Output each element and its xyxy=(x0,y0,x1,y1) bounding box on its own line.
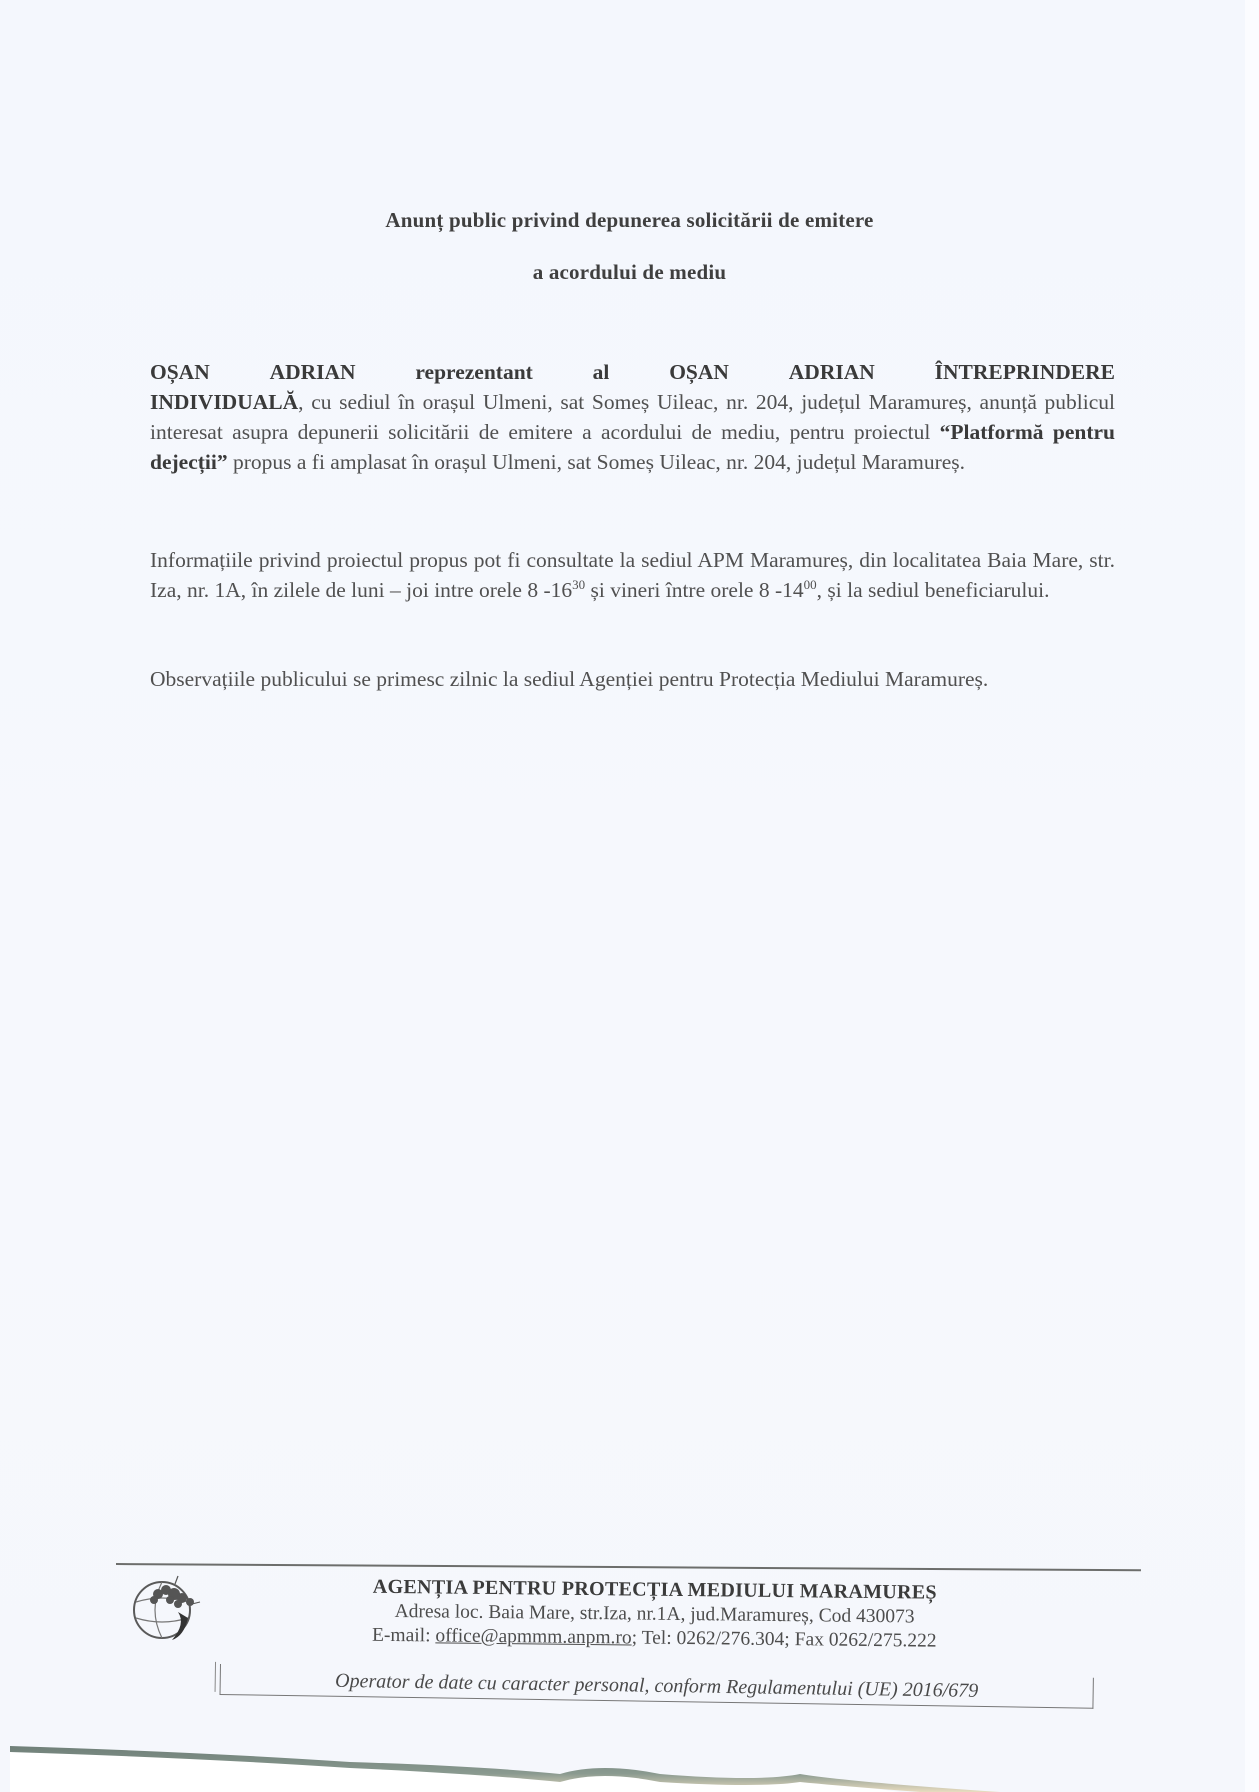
word: reprezentant xyxy=(415,357,532,387)
time-superscript: 30 xyxy=(572,577,585,592)
word: ÎNTREPRINDERE xyxy=(935,357,1115,387)
company-name-tail: INDIVIDUALĂ xyxy=(150,390,298,414)
document-subtitle: a acordului de mediu xyxy=(0,260,1259,285)
apm-globe-tree-logo-icon xyxy=(128,1572,212,1644)
observations-paragraph: Observațiile publicului se primesc zilni… xyxy=(150,664,1115,694)
consultation-text: și vineri între orele 8 -14 xyxy=(585,578,804,602)
consultation-paragraph: Informațiile privind proiectul propus po… xyxy=(150,545,1115,605)
word: al xyxy=(593,357,610,387)
word: OȘAN xyxy=(669,357,729,387)
announcement-paragraph: OȘAN ADRIAN reprezentant al OȘAN ADRIAN … xyxy=(150,357,1115,477)
agency-contact-block: AGENȚIA PENTRU PROTECȚIA MEDIULUI MARAMU… xyxy=(204,1572,1105,1655)
phone-fax: ; Tel: 0262/276.304; Fax 0262/275.222 xyxy=(632,1627,937,1651)
email-label: E-mail: xyxy=(372,1625,436,1647)
announcement-first-line: OȘAN ADRIAN reprezentant al OȘAN ADRIAN … xyxy=(150,357,1115,387)
email-link[interactable]: office@apmmm.anpm.ro xyxy=(435,1625,632,1648)
document-title: Anunț public privind depunerea solicităr… xyxy=(0,208,1259,233)
announcement-location: propus a fi amplasat în orașul Ulmeni, s… xyxy=(228,450,965,474)
announcement-body: INDIVIDUALĂ, cu sediul în orașul Ulmeni,… xyxy=(150,387,1115,477)
document-subtitle-text: a acordului de mediu xyxy=(533,260,727,284)
consultation-text: , și la sediul beneficiarului. xyxy=(817,578,1050,602)
word: OȘAN xyxy=(150,357,210,387)
word: ADRIAN xyxy=(789,357,875,387)
scan-shadow-edge xyxy=(0,1740,1259,1792)
time-superscript: 00 xyxy=(804,577,817,592)
word: ADRIAN xyxy=(270,357,356,387)
